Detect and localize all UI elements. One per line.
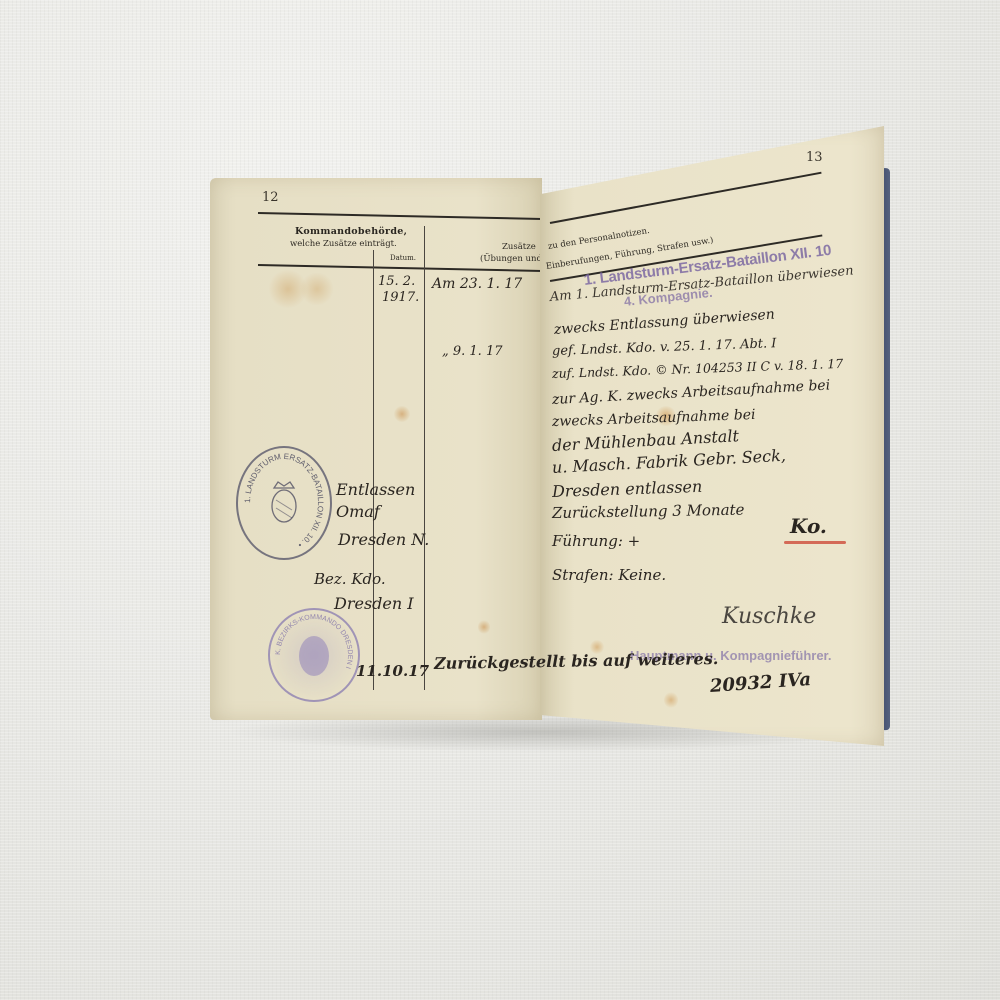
- initials: Ko.: [790, 514, 827, 538]
- deferral-date: 11.10.17: [356, 662, 429, 680]
- page-number-right: 13: [806, 150, 823, 165]
- left-page: 12 Kommandobehörde, welche Zusätze eintr…: [210, 178, 542, 720]
- officer-signature: Kuschke: [722, 604, 816, 629]
- crown-coat-of-arms-icon: 1. LANDSTURM ERSATZ-BATAILLON XII. 10. •: [238, 448, 330, 558]
- sig-discharged: Entlassen: [336, 480, 415, 499]
- sig-district-command: Bez. Kdo.: [314, 570, 386, 588]
- rust-spot: [664, 692, 678, 708]
- header-rule: [258, 212, 542, 220]
- page-number: 12: [262, 190, 279, 205]
- column-subtitle-date: Datum.: [390, 254, 416, 262]
- battalion-stamp: 1. LANDSTURM ERSATZ-BATAILLON XII. 10. •: [236, 446, 332, 560]
- coat-of-arms-icon: K. BEZIRKS-KOMMANDO DRESDEN I: [270, 610, 358, 700]
- rust-spot: [394, 406, 410, 422]
- entry-date-year: 1917.: [382, 290, 419, 305]
- entry-note-1: Am 23. 1. 17: [432, 276, 522, 292]
- column-subtitle-additions: (Übungen und: [480, 254, 542, 264]
- handwritten-conduct: Führung: +: [552, 532, 640, 550]
- rust-spot: [478, 620, 490, 634]
- entry-date-day: 15. 2.: [378, 274, 415, 289]
- district-command-stamp: K. BEZIRKS-KOMMANDO DRESDEN I: [268, 608, 360, 702]
- additions-column-line: [424, 226, 425, 690]
- column-title-command-authority: Kommandobehörde,: [295, 226, 407, 237]
- water-stain: [300, 272, 334, 306]
- red-pencil-underline: [784, 541, 846, 544]
- sig-place: Dresden N.: [338, 530, 429, 549]
- handwritten-line-10: Zurückstellung 3 Monate: [552, 501, 745, 522]
- date-column-line: [373, 250, 374, 690]
- entry-note-2: „ 9. 1. 17: [442, 344, 502, 359]
- column-subtitle: welche Zusätze einträgt.: [290, 239, 397, 249]
- header-bottom-rule: [258, 264, 542, 271]
- column-title-additions: Zusätze: [502, 242, 536, 252]
- sig-line-2: Omaf: [336, 502, 380, 521]
- svg-text:1. LANDSTURM ERSATZ-BATAILLON: 1. LANDSTURM ERSATZ-BATAILLON XII. 10. •: [243, 452, 325, 550]
- handwritten-penalties: Strafen: Keine.: [552, 566, 666, 584]
